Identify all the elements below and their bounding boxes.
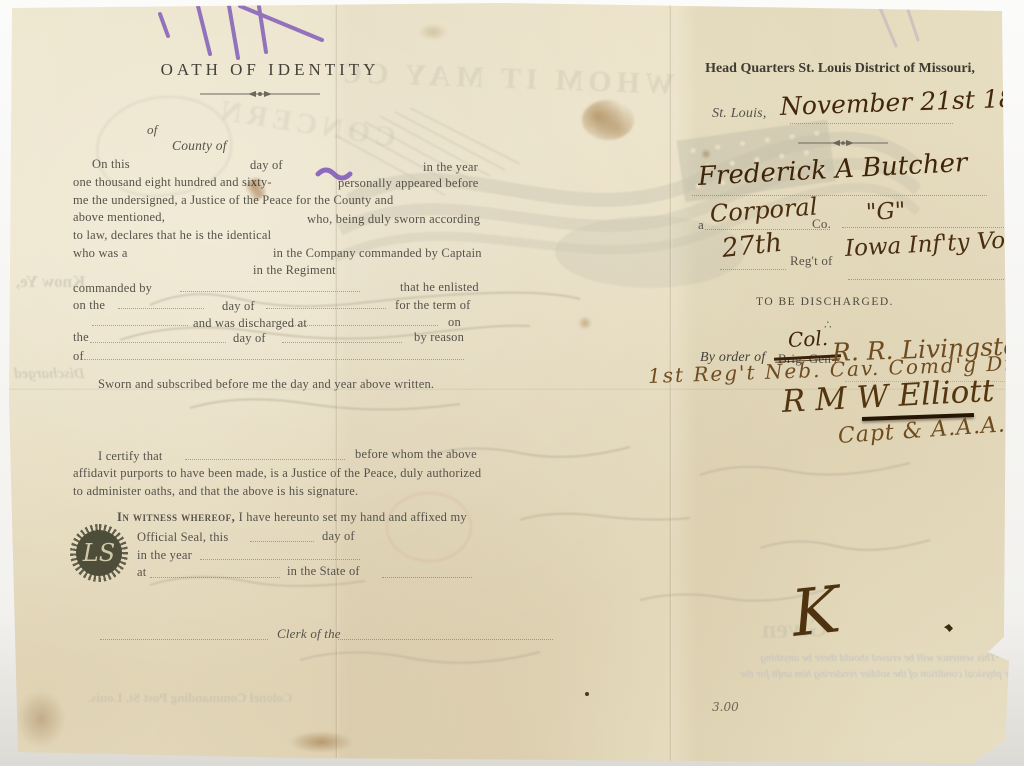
stain xyxy=(582,100,634,140)
stain xyxy=(14,688,68,750)
stain xyxy=(416,22,450,42)
stain xyxy=(700,148,712,160)
purple-tally-marks xyxy=(0,0,1024,766)
scan-background: WHOM IT MAY CONCE CONCERN Know Ye, Disch… xyxy=(0,0,1024,766)
purple-squiggle xyxy=(318,170,350,178)
document-paper: WHOM IT MAY CONCE CONCERN Know Ye, Disch… xyxy=(0,0,1024,766)
stain xyxy=(246,178,266,200)
stain xyxy=(576,316,594,330)
stain xyxy=(286,730,356,754)
ink-speck xyxy=(585,692,589,696)
